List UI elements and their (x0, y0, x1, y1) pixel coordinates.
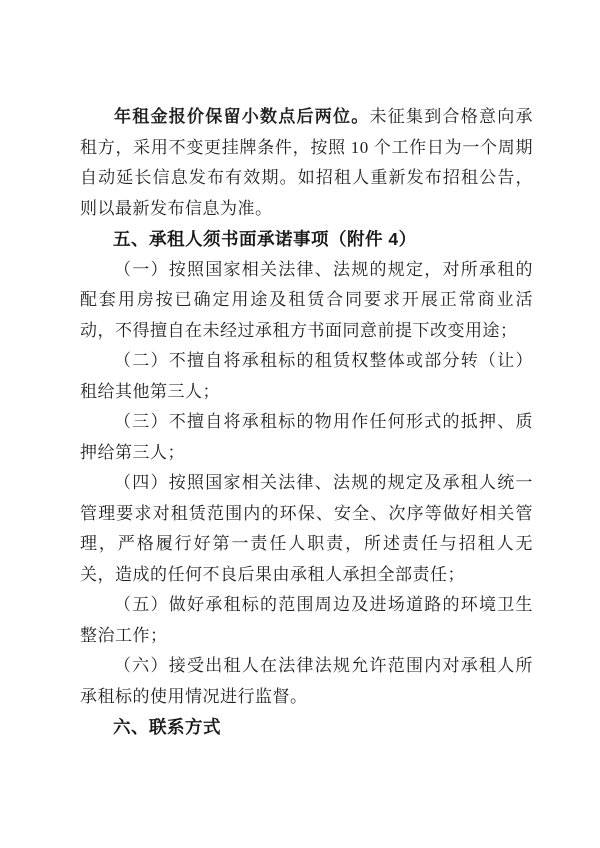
section-5-heading: 五、承租人须书面承诺事项（附件 4） (80, 224, 533, 255)
commitment-item-5: （五）做好承租标的范围周边及进场道路的环境卫生整治工作； (80, 590, 533, 651)
document-page: 年租金报价保留小数点后两位。未征集到合格意向承租方，采用不变更挂牌条件，按照 1… (0, 0, 600, 848)
commitment-item-1: （一）按照国家相关法律、法规的规定，对所承租的配套用房按已确定用途及租赁合同要求… (80, 255, 533, 347)
paragraph-rent-quote-note: 年租金报价保留小数点后两位。未征集到合格意向承租方，采用不变更挂牌条件，按照 1… (80, 102, 533, 224)
commitment-item-3: （三）不擅自将承租标的物用作任何形式的抵押、质押给第三人； (80, 407, 533, 468)
section-6-heading: 六、联系方式 (80, 712, 533, 743)
commitment-item-2: （二）不擅自将承租标的租赁权整体或部分转（让）租给其他第三人； (80, 346, 533, 407)
commitment-item-4: （四）按照国家相关法律、法规的规定及承租人统一管理要求对租赁范围内的环保、安全、… (80, 468, 533, 590)
commitment-item-6: （六）接受出租人在法律法规允许范围内对承租人所承租标的使用情况进行监督。 (80, 651, 533, 712)
document-text-block: 年租金报价保留小数点后两位。未征集到合格意向承租方，采用不变更挂牌条件，按照 1… (80, 102, 533, 743)
rent-quote-note-bold-run: 年租金报价保留小数点后两位。 (114, 107, 370, 126)
